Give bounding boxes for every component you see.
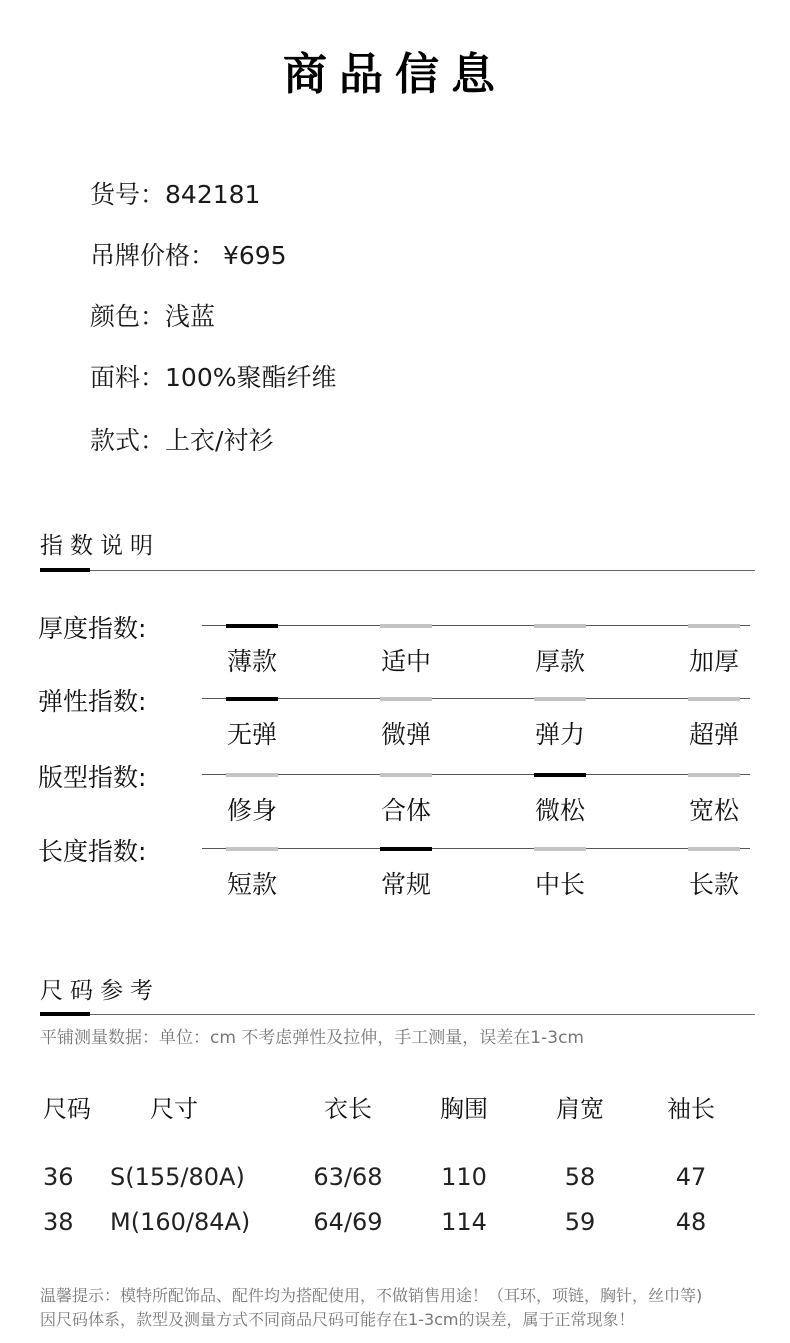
measurement-note: 平铺测量数据：单位：cm 不考虑弹性及拉伸，手工测量，误差在1-3cm	[40, 1023, 584, 1048]
index-label: 弹性指数:	[38, 682, 146, 718]
table-header: 袖长	[631, 1089, 751, 1124]
table-header: 肩宽	[520, 1089, 640, 1124]
index-option: 合体	[356, 791, 456, 827]
index-section-title: 指数说明	[40, 527, 160, 560]
index-marker	[380, 624, 432, 628]
index-marker-selected	[226, 624, 278, 628]
info-label: 吊牌价格：	[90, 241, 215, 270]
tip-line-1: 温馨提示：模特所配饰品、配件均为搭配使用，不做销售用途！（耳环，项链，胸针，丝巾…	[40, 1283, 702, 1306]
table-header: 胸围	[404, 1089, 524, 1124]
index-option: 薄款	[202, 642, 302, 678]
index-marker	[226, 773, 278, 777]
info-value: 上衣/衬衫	[165, 426, 273, 455]
index-label: 长度指数:	[38, 832, 146, 868]
table-cell: 36	[43, 1163, 74, 1191]
info-value: ¥695	[223, 241, 287, 270]
index-scale-line	[202, 774, 750, 775]
info-value: 100%聚酯纤维	[165, 363, 336, 392]
index-marker	[688, 624, 740, 628]
section-accent-bar	[40, 568, 90, 572]
table-cell: 47	[631, 1163, 751, 1191]
index-scale-line	[202, 848, 750, 849]
index-label: 厚度指数:	[38, 609, 146, 645]
index-scale-line	[202, 625, 750, 626]
table-cell: 38	[43, 1208, 74, 1236]
index-option: 无弹	[202, 715, 302, 751]
index-marker	[380, 697, 432, 701]
info-label: 款式：	[90, 426, 165, 455]
table-cell: 59	[520, 1208, 640, 1236]
page-title: 商品信息	[0, 38, 790, 102]
info-value: 842181	[165, 180, 260, 209]
info-label: 货号：	[90, 180, 165, 209]
section-accent-bar	[40, 1012, 90, 1016]
info-label: 面料：	[90, 363, 165, 392]
index-option: 宽松	[664, 791, 764, 827]
table-cell: 114	[404, 1208, 524, 1236]
index-marker	[688, 847, 740, 851]
info-value: 浅蓝	[165, 302, 215, 331]
section-divider	[40, 1014, 755, 1015]
info-item-color: 颜色：浅蓝	[90, 297, 215, 333]
index-option: 长款	[664, 865, 764, 901]
index-option: 适中	[356, 642, 456, 678]
table-header: 尺寸	[150, 1089, 198, 1124]
index-marker	[380, 773, 432, 777]
index-scale-line	[202, 698, 750, 699]
index-option: 超弹	[664, 715, 764, 751]
index-marker-selected	[534, 773, 586, 777]
index-option: 短款	[202, 865, 302, 901]
table-cell: 58	[520, 1163, 640, 1191]
index-marker	[226, 847, 278, 851]
index-marker	[688, 773, 740, 777]
index-label: 版型指数:	[38, 758, 146, 794]
index-option: 厚款	[510, 642, 610, 678]
index-option: 修身	[202, 791, 302, 827]
index-marker	[534, 624, 586, 628]
table-header: 尺码	[43, 1089, 91, 1124]
size-section-title: 尺码参考	[40, 972, 160, 1005]
index-option: 微松	[510, 791, 610, 827]
info-item-price: 吊牌价格： ¥695	[90, 236, 287, 272]
tip-line-2: 因尺码体系，款型及测量方式不同商品尺码可能存在1-3cm的误差，属于正常现象！	[40, 1307, 635, 1330]
table-cell: 110	[404, 1163, 524, 1191]
info-label: 颜色：	[90, 302, 165, 331]
index-marker-selected	[226, 697, 278, 701]
table-cell: M(160/84A)	[110, 1208, 250, 1236]
table-cell: 63/68	[288, 1163, 408, 1191]
index-marker	[534, 847, 586, 851]
info-item-style: 款式：上衣/衬衫	[90, 421, 273, 457]
section-divider	[40, 570, 755, 571]
table-cell: S(155/80A)	[110, 1163, 245, 1191]
index-option: 常规	[356, 865, 456, 901]
table-cell: 48	[631, 1208, 751, 1236]
index-option: 微弹	[356, 715, 456, 751]
index-option: 弹力	[510, 715, 610, 751]
index-marker-selected	[380, 847, 432, 851]
index-option: 加厚	[664, 642, 764, 678]
info-item-sku: 货号：842181	[90, 175, 260, 211]
index-option: 中长	[510, 865, 610, 901]
index-marker	[534, 697, 586, 701]
table-header: 衣长	[288, 1089, 408, 1124]
table-cell: 64/69	[288, 1208, 408, 1236]
index-marker	[688, 697, 740, 701]
info-item-fabric: 面料：100%聚酯纤维	[90, 358, 337, 394]
